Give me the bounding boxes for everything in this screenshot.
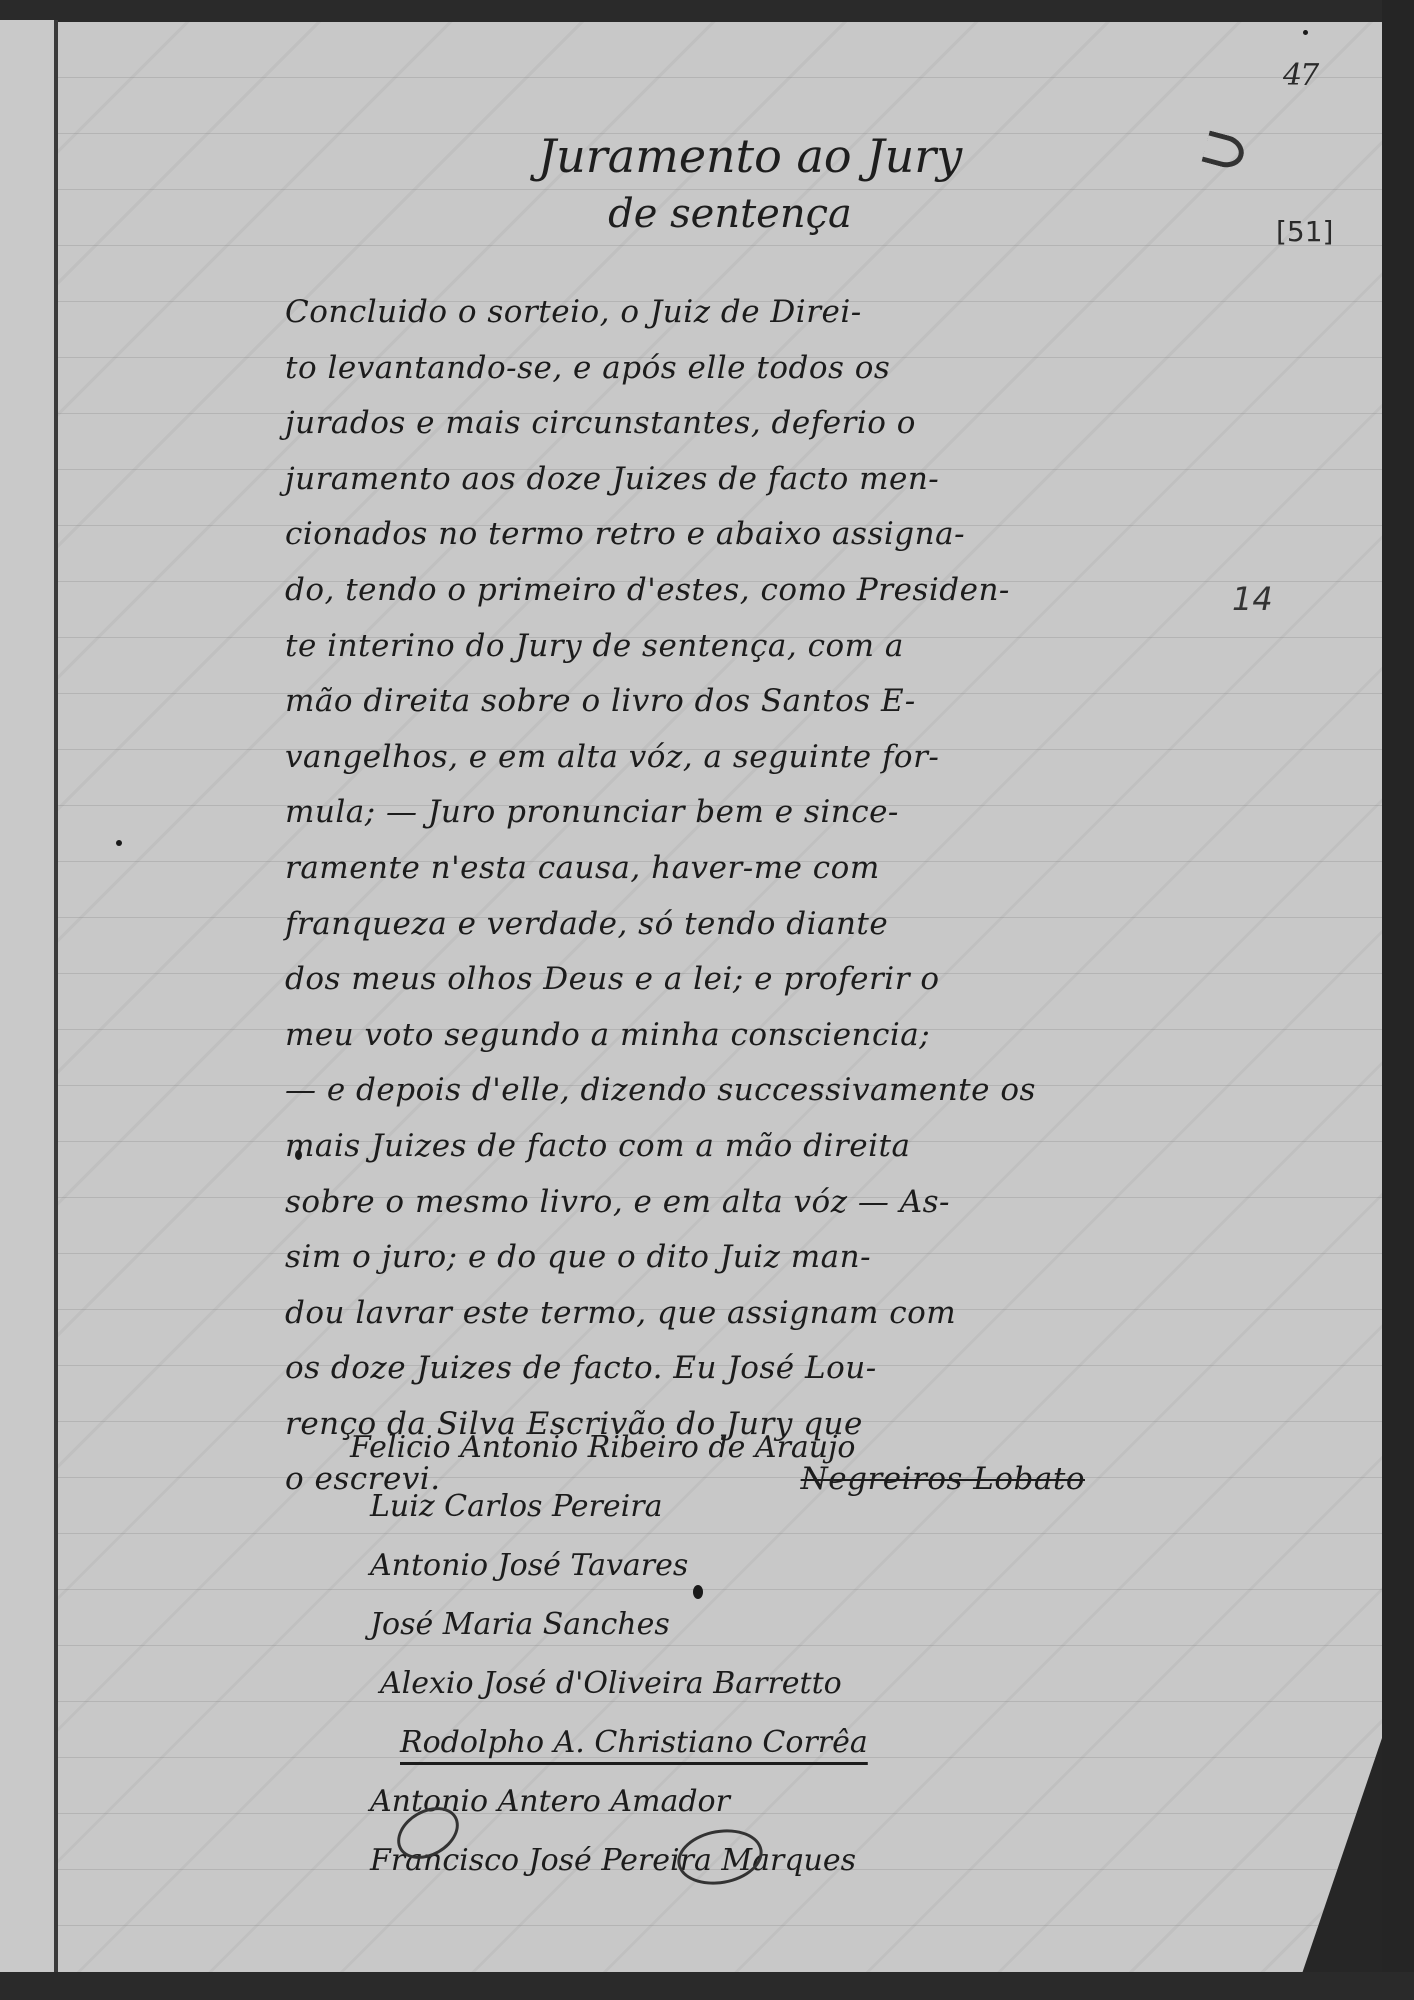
text-line: — e depois d'elle, dizendo successivamen… (285, 1063, 1265, 1119)
juror-signature: Antonio José Tavares (330, 1536, 1150, 1595)
text-line: jurados e mais circunstantes, deferio o (285, 396, 1265, 452)
juror-signature: Rodolpho A. Christiano Corrêa (330, 1713, 1150, 1772)
ink-blot (116, 840, 122, 846)
folio-number: 47 (1283, 58, 1317, 93)
text-line: ramente n'esta causa, haver-me com (285, 841, 1265, 897)
text-line: cionados no termo retro e abaixo assigna… (285, 507, 1265, 563)
text-line: dos meus olhos Deus e a lei; e proferir … (285, 952, 1265, 1008)
text-line: mais Juizes de facto com a mão direita (285, 1119, 1265, 1175)
ink-blot (295, 1150, 302, 1160)
text-line: mão direita sobre o livro dos Santos E- (285, 674, 1265, 730)
scan-border-top (0, 0, 1414, 22)
text-line: mula; — Juro pronunciar bem e since- (285, 785, 1265, 841)
previous-page-edge (0, 20, 56, 1972)
text-line: os doze Juizes de facto. Eu José Lou- (285, 1341, 1265, 1397)
text-line: sim o juro; e do que o dito Juiz man- (285, 1230, 1265, 1286)
document-title: Juramento ao Jury de sentença (440, 125, 1060, 241)
text-line: Concluido o sorteio, o Juiz de Direi- (285, 285, 1265, 341)
text-line: juramento aos doze Juizes de facto men- (285, 452, 1265, 508)
ink-blot (693, 1585, 703, 1599)
text-line: to levantando-se, e após elle todos os (285, 341, 1265, 397)
juror-signature: Alexio José d'Oliveira Barretto (330, 1654, 1150, 1713)
scan-border-bottom (0, 1972, 1414, 2000)
text-line: meu voto segundo a minha consciencia; (285, 1008, 1265, 1064)
binding-gutter (54, 20, 58, 1972)
ink-blot (1303, 30, 1308, 35)
text-line: franqueza e verdade, só tendo diante (285, 897, 1265, 953)
title-line-1: Juramento ao Jury (440, 125, 1060, 187)
text-line: vangelhos, e em alta vóz, a seguinte for… (285, 730, 1265, 786)
text-line: sobre o mesmo livro, e em alta vóz — As- (285, 1175, 1265, 1231)
title-line-2: de sentença (400, 187, 1060, 241)
text-line: dou lavrar este termo, que assignam com (285, 1286, 1265, 1342)
juror-signature: Felicio Antonio Ribeiro de Araujo (330, 1418, 1150, 1477)
juror-signature: José Maria Sanches (330, 1595, 1150, 1654)
scan-border-right (1382, 0, 1414, 2000)
text-line: te interino do Jury de sentença, com a (285, 619, 1265, 675)
juror-signature: Luiz Carlos Pereira (330, 1477, 1150, 1536)
archive-page-stamp: [51] (1276, 215, 1333, 248)
text-line: do, tendo o primeiro d'estes, como Presi… (285, 563, 1265, 619)
oath-text-body: Concluido o sorteio, o Juiz de Direi- to… (285, 285, 1265, 1508)
